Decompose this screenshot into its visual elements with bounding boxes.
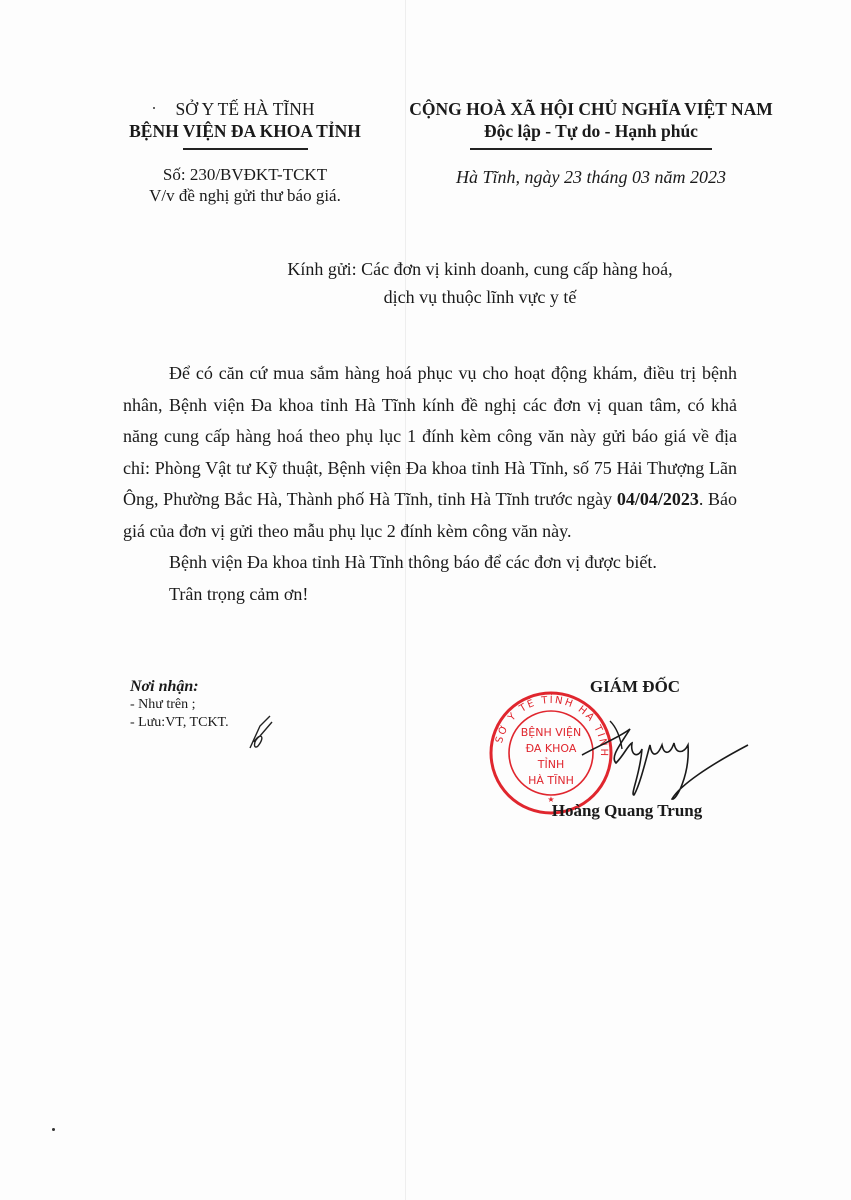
signer-position: GIÁM ĐỐC	[500, 677, 770, 697]
agency-name: SỞ Y TẾ HÀ TĨNH	[100, 98, 390, 120]
distribution-item: - Như trên ;	[130, 696, 229, 714]
scan-speck	[153, 107, 155, 109]
distribution-list: Nơi nhận: - Như trên ; - Lưu:VT, TCKT.	[130, 678, 229, 732]
letter-body: Để có căn cứ mua sắm hàng hoá phục vụ ch…	[123, 358, 737, 610]
organization-underline	[183, 148, 308, 150]
distribution-item: - Lưu:VT, TCKT.	[130, 714, 229, 732]
motto-underline	[470, 148, 712, 150]
deadline-date: 04/04/2023	[617, 489, 699, 509]
recipient-line-1: Kính gửi: Các đơn vị kinh doanh, cung cấ…	[200, 255, 760, 283]
recipient-block: Kính gửi: Các đơn vị kinh doanh, cung cấ…	[200, 255, 760, 311]
nation-title: CỘNG HOÀ XÃ HỘI CHỦ NGHĨA VIỆT NAM	[386, 98, 796, 120]
distribution-title: Nơi nhận:	[130, 678, 229, 696]
initials-mark-icon	[246, 712, 276, 752]
handwritten-signature-icon	[580, 715, 750, 805]
place-date: Hà Tĩnh, ngày 23 tháng 03 năm 2023	[386, 167, 796, 188]
document-subject: V/v đề nghị gửi thư báo giá.	[100, 185, 390, 206]
body-paragraph-2: Bệnh viện Đa khoa tỉnh Hà Tĩnh thông báo…	[123, 547, 737, 579]
body-paragraph-1: Để có căn cứ mua sắm hàng hoá phục vụ ch…	[123, 358, 737, 547]
recipient-line-2: dịch vụ thuộc lĩnh vực y tế	[200, 283, 760, 311]
national-motto: Độc lập - Tự do - Hạnh phúc	[386, 120, 796, 142]
document-number: Số: 230/BVĐKT-TCKT	[100, 164, 390, 185]
header-right: CỘNG HOÀ XÃ HỘI CHỦ NGHĨA VIỆT NAM Độc l…	[386, 98, 796, 188]
header-left: SỞ Y TẾ HÀ TĨNH BỆNH VIỆN ĐA KHOA TỈNH S…	[100, 98, 390, 206]
closing-line: Trân trọng cảm ơn!	[123, 579, 737, 611]
organization-name: BỆNH VIỆN ĐA KHOA TỈNH	[100, 120, 390, 142]
scan-speck	[52, 1128, 55, 1131]
